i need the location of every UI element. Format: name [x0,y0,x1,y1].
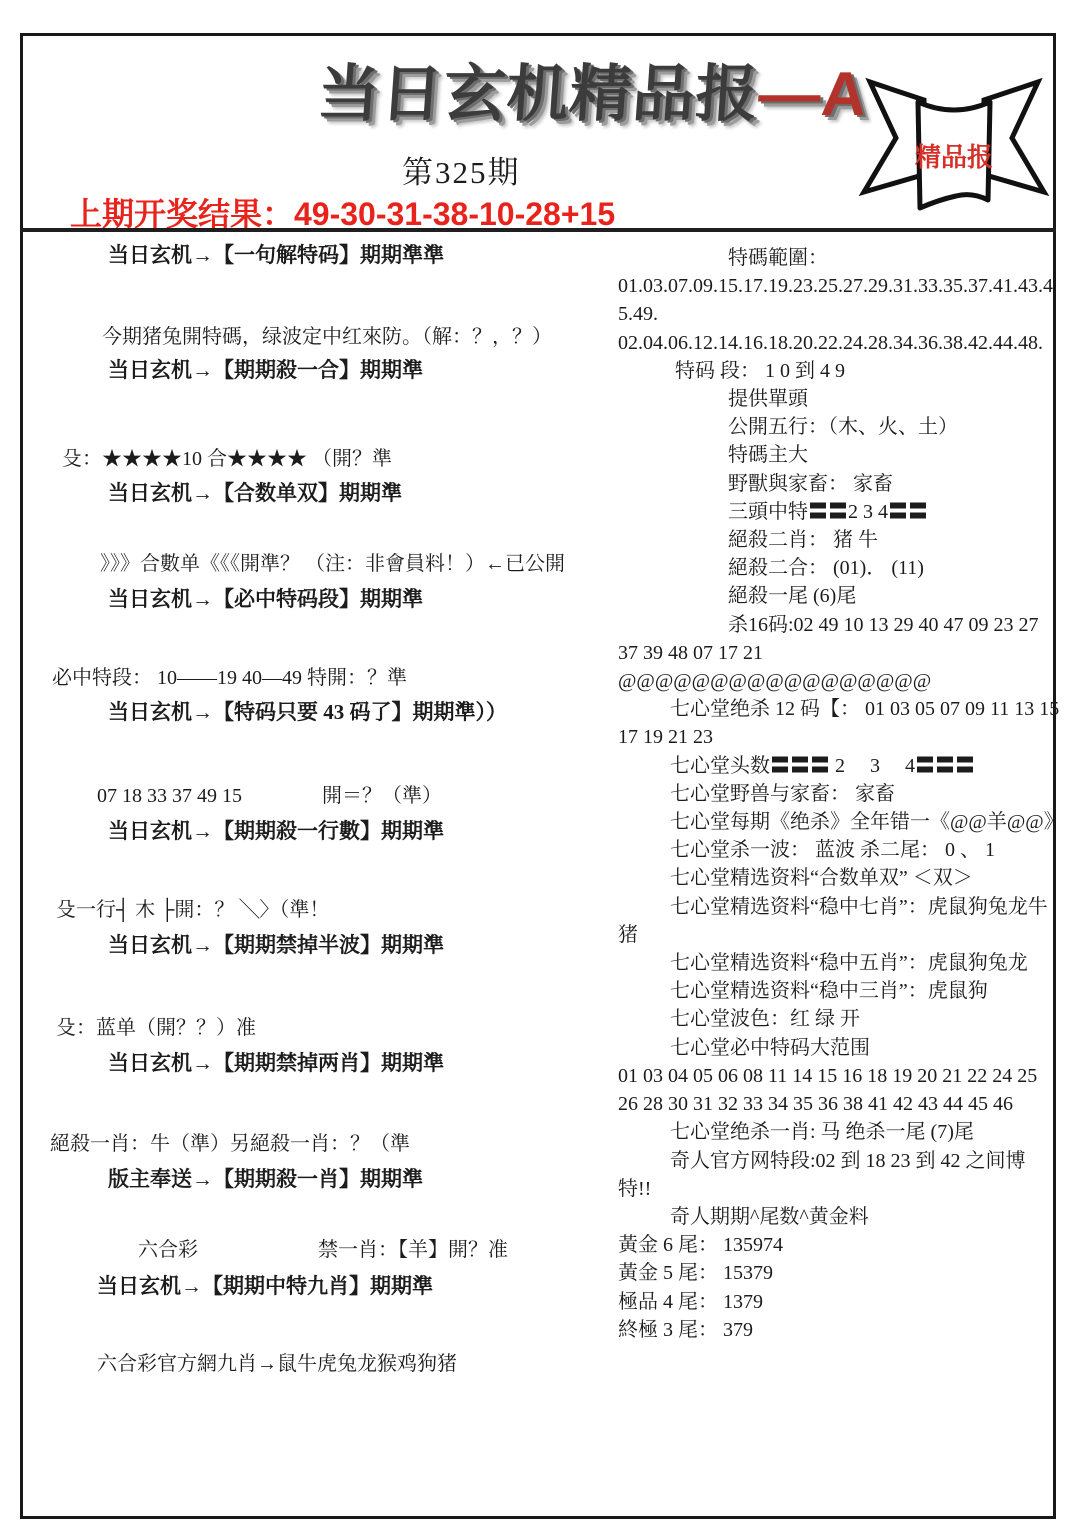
right-line-15: 37 39 48 07 17 21 [618,639,1058,667]
right-line-2: 01.03.07.09.15.17.19.23.25.27.29.31.33.3… [618,272,1058,300]
right-line-10: 三頭中特〓〓2 3 4〓〓 [618,498,1058,526]
left-line-20: 六合彩官方網九肖→鼠牛虎兔龙猴鸡狗猪 [97,1347,457,1376]
left-line-18: 六合彩 禁一肖：【羊】開？准 [138,1233,508,1262]
ribbon-label: 精品报 [915,142,993,172]
issue-number: 第325期 [402,147,521,192]
left-line-19: 当日玄机→【期期中特九肖】期期準 [97,1270,433,1300]
left-line-16: 絕殺一肖：牛（準）另絕殺一肖：？（準 [50,1127,410,1156]
left-line-15: 当日玄机→【期期禁掉两肖】期期準 [108,1047,444,1077]
left-line-13: 当日玄机→【期期禁掉半波】期期準 [108,929,444,959]
left-line-8: 必中特段： 10——19 40—49 特開：？準 [52,661,407,690]
right-line-18: 17 19 21 23 [618,723,1058,751]
left-line-6: 》》》合數单《《《開準？ （注：非會員料！）←已公開 [100,547,565,576]
left-line-4: 殳：★★★★10 合★★★★ （開？準 [62,442,392,471]
right-line-5: 特码 段： 1 0 到 4 9 [618,357,1058,385]
header-divider [20,228,1056,232]
right-line-38: 極品 4 尾： 1379 [618,1288,1058,1316]
right-line-37: 黃金 5 尾： 15379 [618,1259,1058,1287]
right-line-35: 奇人期期^尾数^黄金料 [618,1203,1058,1231]
right-line-31: 26 28 30 31 32 33 34 35 36 38 41 42 43 4… [618,1090,1058,1118]
left-line-7: 当日玄机→【必中特码段】期期準 [108,583,423,613]
ribbon-banner-icon: 精品报 [856,74,1052,222]
right-line-22: 七心堂杀一波： 蓝波 杀二尾： 0 、 1 [618,836,1058,864]
left-line-9: 当日玄机→【特码只要 43 码了】期期準）） [108,696,507,726]
right-line-20: 七心堂野兽与家畜： 家畜 [618,780,1058,808]
right-line-29: 七心堂必中特码大范围 [618,1034,1058,1062]
right-line-3: 5.49. [618,300,1058,328]
right-line-26: 七心堂精选资料“稳中五肖”：虎鼠狗兔龙 [618,949,1058,977]
right-line-23: 七心堂精选资料“合数单双” ＜双＞ [618,864,1058,892]
page-title: 当日玄机精品报—A [315,44,871,133]
right-line-28: 七心堂波色：红 绿 开 [618,1005,1058,1033]
right-line-11: 絕殺二肖： 猪 牛 [618,526,1058,554]
right-line-9: 野獸與家畜： 家畜 [618,470,1058,498]
right-line-1: 特碼範圍： [618,244,1058,272]
left-line-3: 当日玄机→【期期殺一合】期期準 [108,354,423,384]
right-line-21: 七心堂每期《绝杀》全年错一《@@羊@@》 [618,808,1058,836]
right-column: 特碼範圍： 01.03.07.09.15.17.19.23.25.27.29.3… [618,244,1058,1344]
right-line-24: 七心堂精选资料“稳中七肖”：虎鼠狗兔龙牛 [618,893,1058,921]
left-line-11: 当日玄机→【期期殺一行數】期期準 [108,815,444,845]
right-line-4: 02.04.06.12.14.16.18.20.22.24.28.34.36.3… [618,329,1058,357]
right-line-8: 特碼主大 [618,441,1058,469]
left-line-1: 当日玄机→【一句解特码】期期準準 [108,239,444,269]
right-line-32: 七心堂绝杀一肖: 马 绝杀一尾 (7)尾 [618,1118,1058,1146]
right-line-27: 七心堂精选资料“稳中三肖”：虎鼠狗 [618,977,1058,1005]
page-title-main: 当日玄机精品报 [315,60,761,129]
right-line-13: 絕殺一尾 (6)尾 [618,582,1058,610]
right-line-17: 七心堂绝杀 12 码【： 01 03 05 07 09 11 13 15 [618,695,1058,723]
right-line-6: 提供單頭 [618,385,1058,413]
left-line-14: 殳：蓝单（開？？）准 [56,1011,256,1040]
right-line-7: 公開五行：（木、火、土） [618,413,1058,441]
right-line-34: 特!! [618,1175,1058,1203]
right-line-36: 黃金 6 尾： 135974 [618,1231,1058,1259]
page-title-suffix: —A [756,60,870,129]
right-line-19: 七心堂头数〓〓〓 2 3 4〓〓〓 [618,752,1058,780]
left-line-5: 当日玄机→【合数单双】期期準 [108,477,402,507]
right-line-33: 奇人官方网特段:02 到 18 23 到 42 之间博 [618,1147,1058,1175]
left-line-10: 07 18 33 37 49 15 開＝？（準） [97,779,442,808]
right-line-30: 01 03 04 05 06 08 11 14 15 16 18 19 20 2… [618,1062,1058,1090]
left-line-2: 今期猪兔開特碼，绿波定中红來防。（解：？，？） [102,320,552,349]
right-line-12: 絕殺二合： (01)． (11) [618,554,1058,582]
right-line-14: 杀16码:02 49 10 13 29 40 47 09 23 27 [618,611,1058,639]
right-line-16: @@@@@@@@@@@@@@@@@ [618,667,1058,695]
left-line-17: 版主奉送→【期期殺一肖】期期準 [108,1163,423,1193]
right-line-25: 猪 [618,921,1058,949]
right-line-39: 終極 3 尾： 379 [618,1316,1058,1344]
left-line-12: 殳一行┤ 木 ├開：？ ╲〉（準！ [56,893,329,922]
